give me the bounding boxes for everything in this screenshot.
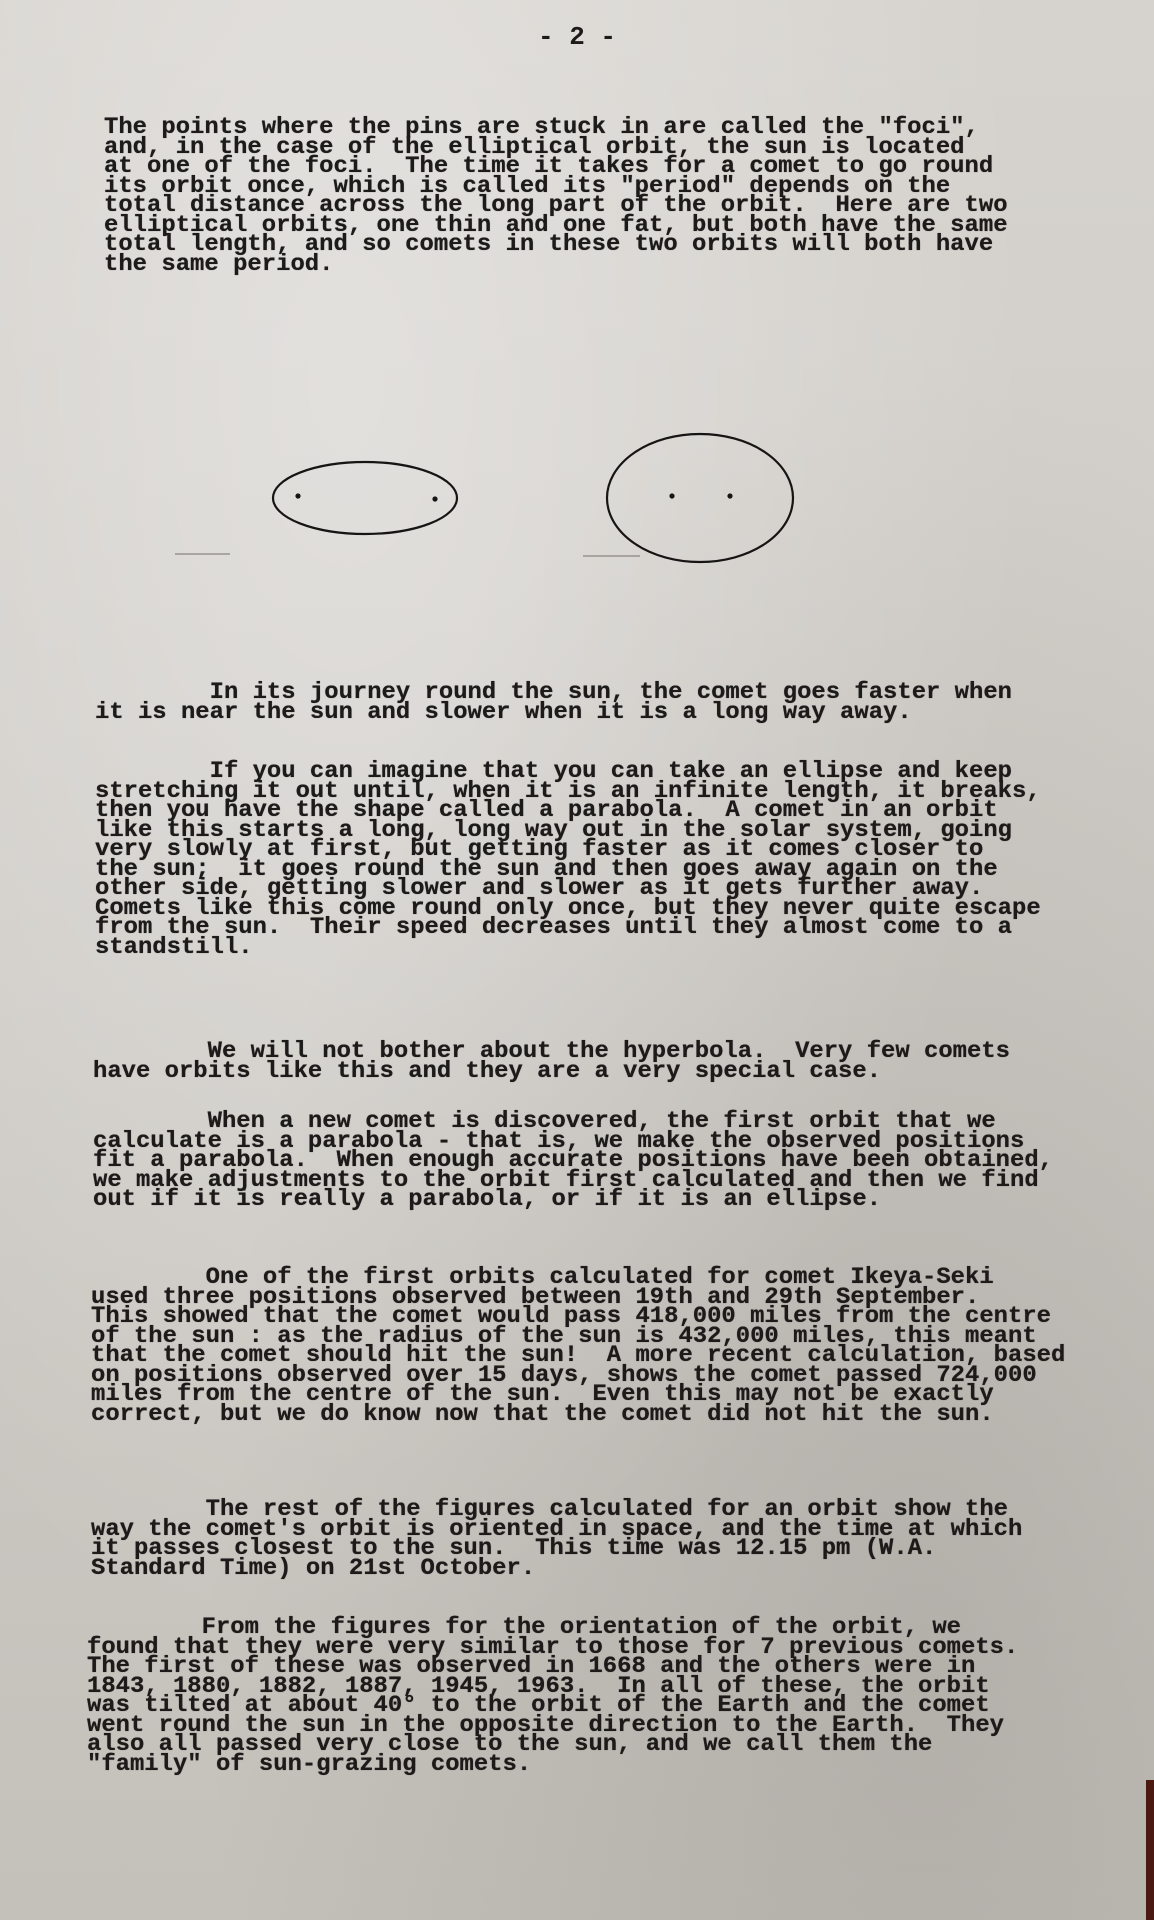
paragraph-ikeya-seki: One of the first orbits calculated for c… [91, 1268, 1065, 1424]
paragraph-parabola: If you can imagine that you can take an … [95, 762, 1041, 957]
thin-ellipse-orbit [273, 462, 457, 534]
page-edge-shadow [1146, 1780, 1154, 1920]
paragraph-hyperbola: We will not bother about the hyperbola. … [93, 1042, 1010, 1081]
paragraph-new-comet: When a new comet is discovered, the firs… [93, 1112, 1053, 1210]
focus-point [669, 493, 674, 498]
text-line: it is near the sun and slower when it is… [95, 703, 1012, 723]
paragraph-journey: In its journey round the sun, the comet … [95, 683, 1012, 722]
paragraph-family: From the figures for the orientation of … [87, 1618, 1018, 1774]
text-line: have orbits like this and they are a ver… [93, 1062, 1010, 1082]
paragraph-orientation: The rest of the figures calculated for a… [91, 1500, 1022, 1578]
paragraph-foci: The points where the pins are stuck in a… [104, 118, 1008, 274]
fat-ellipse-orbit [607, 434, 793, 562]
focus-point [432, 496, 437, 501]
focus-point [727, 493, 732, 498]
text-line: correct, but we do know now that the com… [91, 1405, 1065, 1425]
orbit-diagram [0, 0, 1154, 600]
focus-point [295, 493, 300, 498]
